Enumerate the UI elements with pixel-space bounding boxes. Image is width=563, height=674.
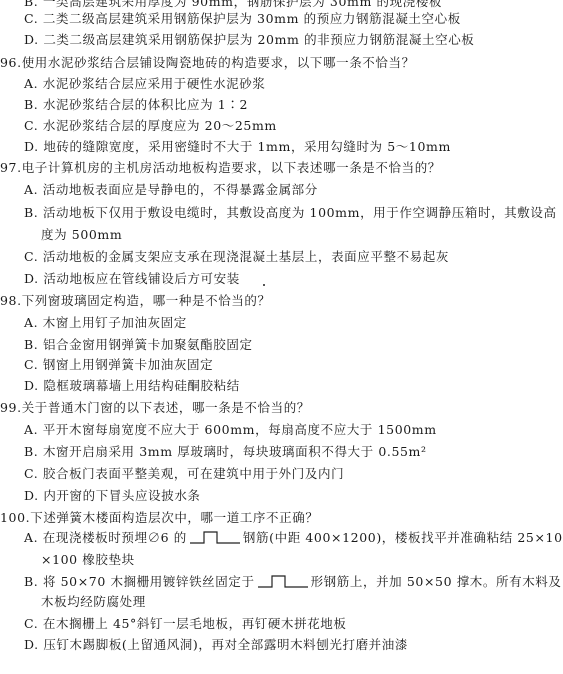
scan-speck xyxy=(263,284,265,286)
prev-option-d: D. 二类二级高层建筑采用钢筋保护层为 20mm 的非预应力钢筋混凝土空心板 xyxy=(24,32,474,48)
q100-option-d: D. 压钉木踢脚板(上留通风洞)，再对全部露明木料刨光打磨并油漆 xyxy=(24,637,408,653)
q99-option-b: B. 木窗开启扇采用 3mm 厚玻璃时，每块玻璃面积不得大于 0.55m² xyxy=(24,444,427,460)
q97-option-d: D. 活动地板应在管线铺设后方可安装 xyxy=(24,271,240,287)
q100-option-c: C. 在木搁栅上 45°斜钉一层毛地板，再钉硬木拼花地板 xyxy=(24,616,347,632)
q97-option-b-continued: 度为 500mm xyxy=(41,227,122,243)
prev-option-c: C. 二类二级高层建筑采用钢筋保护层为 30mm 的预应力钢筋混凝土空心板 xyxy=(24,11,461,27)
q96-option-d: D. 地砖的缝隙宽度，采用密缝时不大于 1mm，采用勾缝时为 5～10mm xyxy=(24,139,451,155)
question-97-stem: 97.电子计算机房的主机房活动地板构造要求，以下表述哪一条是不恰当的？ xyxy=(0,160,441,176)
q99-option-a: A. 平开木窗每扇宽度不应大于 600mm，每扇高度不应大于 1500mm xyxy=(24,422,437,438)
q100-option-b: B. 将 50×70 木搁栅用镀锌铁丝固定于形钢筋上，并加 50×50 撑木。所… xyxy=(24,574,562,590)
question-96-stem: 96.使用水泥砂浆结合层铺设陶瓷地砖的构造要求，以下哪一条不恰当？ xyxy=(0,55,415,71)
q98-option-a: A. 木窗上用钉子加油灰固定 xyxy=(24,315,187,331)
q96-option-c: C. 水泥砂浆结合层的厚度应为 20～25mm xyxy=(24,118,277,134)
q97-option-c: C. 活动地板的金属支架应支承在现浇混凝土基层上，表面应平整不易起灰 xyxy=(24,249,449,265)
question-98-stem: 98.下列窗玻璃固定构造，哪一种是不恰当的？ xyxy=(0,293,271,309)
q100-option-a-continued: ×100 橡胶垫块 xyxy=(41,552,135,568)
q99-option-c: C. 胶合板门表面平整美观，可在建筑中用于外门及内门 xyxy=(24,466,344,482)
exam-page: B. 一类高层建筑采用厚度为 90mm，钢筋保护层为 30mm 的现浇楼板 C.… xyxy=(0,0,563,674)
question-100-stem: 100.下述弹簧木楼面构造层次中，哪一道工序不正确？ xyxy=(0,510,318,526)
q98-option-b: B. 铝合金窗用钢弹簧卡加聚氨酯胶固定 xyxy=(24,337,253,353)
q100-option-b-continued: 木板均经防腐处理 xyxy=(41,594,146,610)
rebar-bent-shape-icon xyxy=(257,574,309,588)
prev-option-b: B. 一类高层建筑采用厚度为 90mm，钢筋保护层为 30mm 的现浇楼板 xyxy=(24,0,442,10)
rebar-bent-shape-icon xyxy=(189,530,241,544)
q97-option-b: B. 活动地板下仅用于敷设电缆时，其敷设高度为 100mm，用于作空调静压箱时，… xyxy=(24,205,557,221)
q96-option-b: B. 水泥砂浆结合层的体积比应为 1∶2 xyxy=(24,97,248,113)
q96-option-a: A. 水泥砂浆结合层应采用于硬性水泥砂浆 xyxy=(24,76,265,92)
q98-option-d: D. 隐框玻璃幕墙上用结构硅酮胶粘结 xyxy=(24,378,240,394)
q99-option-d: D. 内开窗的下冒头应设披水条 xyxy=(24,488,201,504)
q97-option-a: A. 活动地板表面应是导静电的，不得暴露金属部分 xyxy=(24,182,318,198)
q100-option-a: A. 在现浇楼板时预埋∅6 的钢筋(中距 400×1200)，楼板找平并准确粘结… xyxy=(24,530,563,546)
question-99-stem: 99.关于普通木门窗的以下表述，哪一条是不恰当的？ xyxy=(0,400,310,416)
q98-option-c: C. 钢窗上用钢弹簧卡加油灰固定 xyxy=(24,357,213,373)
